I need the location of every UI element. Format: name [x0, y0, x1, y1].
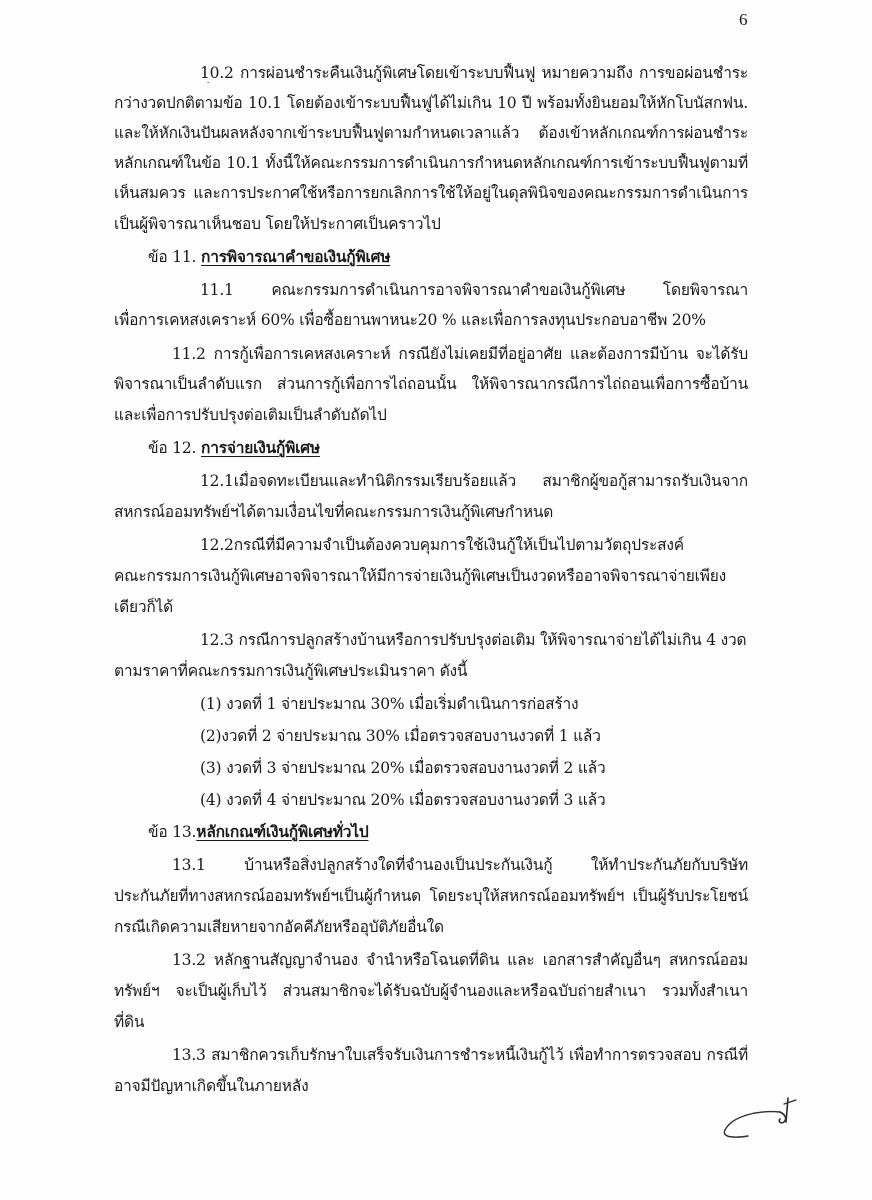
section-heading-11: ข้อ 11. การพิจารณาคำขอเงินกู้พิเศษ — [148, 247, 784, 267]
paragraph-10-2-line-5: เห็นสมควร และการประกาศใช้หรือการยกเลิกกา… — [114, 183, 748, 203]
heading-title: การพิจารณาคำขอเงินกู้พิเศษ — [201, 247, 390, 266]
paragraph-13-1-line-2: ประกันภัยที่ทางสหกรณ์ออมทรัพย์ฯเป็นผู้กำ… — [114, 886, 748, 906]
signature-icon — [718, 1092, 818, 1152]
paragraph-11-1-line-1: 11.1 คณะกรรมการดำเนินการอาจพิจารณาคำขอเง… — [200, 280, 748, 300]
paragraph-11-2-line-3: และเพื่อการปรับปรุงต่อเติมเป็นลำดับถัดไป — [114, 405, 750, 425]
heading-title: หลักเกณฑ์เงินกู้พิเศษทั่วไป — [196, 822, 368, 841]
paragraph-13-2-line-3: ที่ดิน — [114, 1012, 750, 1032]
paragraph-13-1-line-1: 13.1 บ้านหรือสิ่งปลูกสร้างใดที่จำนองเป็น… — [172, 855, 748, 875]
installment-item-1: (1) งวดที่ 1 จ่ายประมาณ 30% เมื่อเริ่มดำ… — [200, 694, 836, 714]
paragraph-12-1-line-2: สหกรณ์ออมทรัพย์ฯได้ตามเงื่อนไขที่คณะกรรม… — [114, 502, 750, 522]
paragraph-10-2-line-2: กว่างวดปกติตามข้อ 10.1 โดยต้องเข้าระบบฟื… — [114, 93, 748, 113]
paragraph-11-2-line-2: พิจารณาเป็นลำดับแรก ส่วนการกู้เพื่อการไถ… — [114, 374, 748, 394]
paragraph-13-3-line-2: อาจมีปัญหาเกิดขึ้นในภายหลัง — [114, 1076, 750, 1096]
paragraph-10-2-line-3: และให้หักเงินปันผลหลังจากเข้าระบบฟื้นฟูต… — [114, 123, 748, 143]
paragraph-10-2-line-1: 10.2 การผ่อนชำระคืนเงินกู้พิเศษโดยเข้าระ… — [200, 63, 748, 83]
installment-item-4: (4) งวดที่ 4 จ่ายประมาณ 20% เมื่อตรวจสอบ… — [200, 790, 836, 810]
paragraph-10-2-line-6: เป็นผู้พิจารณาเห็นชอบ โดยให้ประกาศเป็นคร… — [114, 214, 750, 234]
paragraph-13-1-line-3: กรณีเกิดความเสียหายจากอัคคีภัยหรืออุบัติ… — [114, 917, 750, 937]
installment-item-2: (2)งวดที่ 2 จ่ายประมาณ 30% เมื่อตรวจสอบง… — [200, 726, 836, 746]
paragraph-12-2-line-1: 12.2กรณีที่มีความจำเป็นต้องควบคุมการใช้เ… — [200, 535, 748, 555]
paragraph-11-1-line-2: เพื่อการเคหสงเคราะห์ 60% เพื่อซื้อยานพาห… — [114, 310, 750, 330]
installment-item-3: (3) งวดที่ 3 จ่ายประมาณ 20% เมื่อตรวจสอบ… — [200, 758, 836, 778]
paragraph-13-2-line-2: ทรัพย์ฯ จะเป็นผู้เก็บไว้ ส่วนสมาชิกจะได้… — [114, 981, 748, 1001]
paragraph-13-2-line-1: 13.2 หลักฐานสัญญาจำนอง จำนำหรือโฉนดที่ดิ… — [172, 950, 748, 970]
paragraph-12-3-line-2: ตามราคาที่คณะกรรมการเงินกู้พิเศษประเมินร… — [114, 661, 750, 681]
paragraph-12-2-line-2: คณะกรรมการเงินกู้พิเศษอาจพิจารณาให้มีการ… — [114, 566, 748, 586]
paragraph-10-2-line-4: หลักเกณฑ์ในข้อ 10.1 ทั้งนี้ให้คณะกรรมการ… — [114, 153, 748, 173]
section-heading-13: ข้อ 13.หลักเกณฑ์เงินกู้พิเศษทั่วไป — [148, 822, 784, 842]
paragraph-11-2-line-1: 11.2 การกู้เพื่อการเคหสงเคราะห์ กรณียังไ… — [172, 344, 748, 364]
heading-number: ข้อ 11. — [148, 248, 201, 266]
section-heading-12: ข้อ 12. การจ่ายเงินกู้พิเศษ — [148, 438, 784, 458]
heading-number: ข้อ 13. — [148, 823, 196, 841]
heading-number: ข้อ 12. — [148, 439, 201, 457]
document-page: 6 10.2 การผ่อนชำระคืนเงินกู้พิเศษโดยเข้า… — [0, 0, 872, 1200]
page-number: 6 — [739, 10, 748, 30]
paragraph-12-3-line-1: 12.3 กรณีการปลูกสร้างบ้านหรือการปรับปรุง… — [200, 630, 836, 650]
paragraph-12-1-line-1: 12.1เมื่อจดทะเบียนและทำนิติกรรมเรียบร้อย… — [200, 471, 748, 491]
paragraph-13-3-line-1: 13.3 สมาชิกควรเก็บรักษาใบเสร็จรับเงินการ… — [172, 1045, 748, 1065]
heading-title: การจ่ายเงินกู้พิเศษ — [201, 438, 320, 457]
paragraph-12-2-line-3: เดียวก็ได้ — [114, 597, 750, 617]
